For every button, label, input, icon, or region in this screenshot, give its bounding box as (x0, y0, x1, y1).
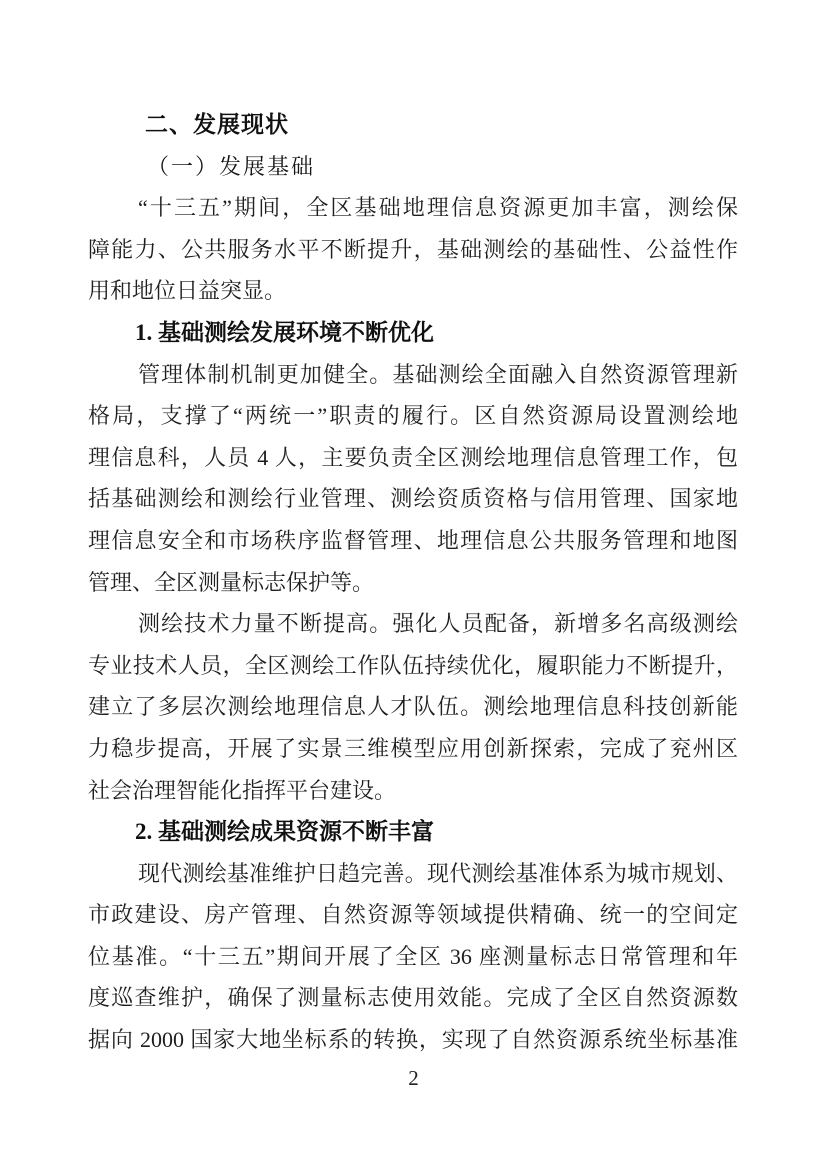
paragraph-line: 位基准。“十三五”期间开展了全区 36 座测量标志日常管理和年 (88, 936, 738, 978)
paragraph-line: 度巡查维护，确保了测量标志使用效能。完成了全区自然资源数 (88, 977, 738, 1019)
paragraph-line: 括基础测绘和测绘行业管理、测绘资质资格与信用管理、国家地 (88, 478, 738, 520)
paragraph-line: 据向 2000 国家大地坐标系的转换，实现了自然资源系统坐标基准 (88, 1019, 738, 1061)
paragraph-line: 力稳步提高，开展了实景三维模型应用创新探索，完成了兖州区 (88, 728, 738, 770)
paragraph-line: 理信息安全和市场秩序监督管理、地理信息公共服务管理和地图 (88, 520, 738, 562)
paragraph-line: 理信息科，人员 4 人，主要负责全区测绘地理信息管理工作，包 (88, 437, 738, 479)
paragraph-line: 建立了多层次测绘地理信息人才队伍。测绘地理信息科技创新能 (88, 686, 738, 728)
subsection-heading: 2. 基础测绘成果资源不断丰富 (88, 811, 738, 853)
page-footer: 2 (0, 1066, 827, 1091)
page-number: 2 (408, 1066, 419, 1090)
paragraph-line: 管理、全区测量标志保护等。 (88, 562, 738, 604)
chapter-heading: 二、发展现状 (88, 104, 738, 146)
paragraph-line: 专业技术人员，全区测绘工作队伍持续优化，履职能力不断提升， (88, 645, 738, 687)
section-heading: （一）发展基础 (88, 146, 738, 188)
paragraph-line: 管理体制机制更加健全。基础测绘全面融入自然资源管理新 (88, 354, 738, 396)
paragraph-line: 测绘技术力量不断提高。强化人员配备，新增多名高级测绘 (88, 603, 738, 645)
paragraph-line: 市政建设、房产管理、自然资源等领域提供精确、统一的空间定 (88, 894, 738, 936)
document-page: 二、发展现状（一）发展基础“十三五”期间，全区基础地理信息资源更加丰富，测绘保障… (0, 0, 827, 1169)
paragraph-line: 现代测绘基准维护日趋完善。现代测绘基准体系为城市规划、 (88, 853, 738, 895)
document-body: 二、发展现状（一）发展基础“十三五”期间，全区基础地理信息资源更加丰富，测绘保障… (88, 104, 738, 1061)
subsection-heading: 1. 基础测绘发展环境不断优化 (88, 312, 738, 354)
paragraph-line: 障能力、公共服务水平不断提升，基础测绘的基础性、公益性作 (88, 229, 738, 271)
paragraph-line: 用和地位日益突显。 (88, 270, 738, 312)
paragraph-line: 社会治理智能化指挥平台建设。 (88, 770, 738, 812)
paragraph-line: 格局，支撑了“两统一”职责的履行。区自然资源局设置测绘地 (88, 395, 738, 437)
paragraph-line: “十三五”期间，全区基础地理信息资源更加丰富，测绘保 (88, 187, 738, 229)
